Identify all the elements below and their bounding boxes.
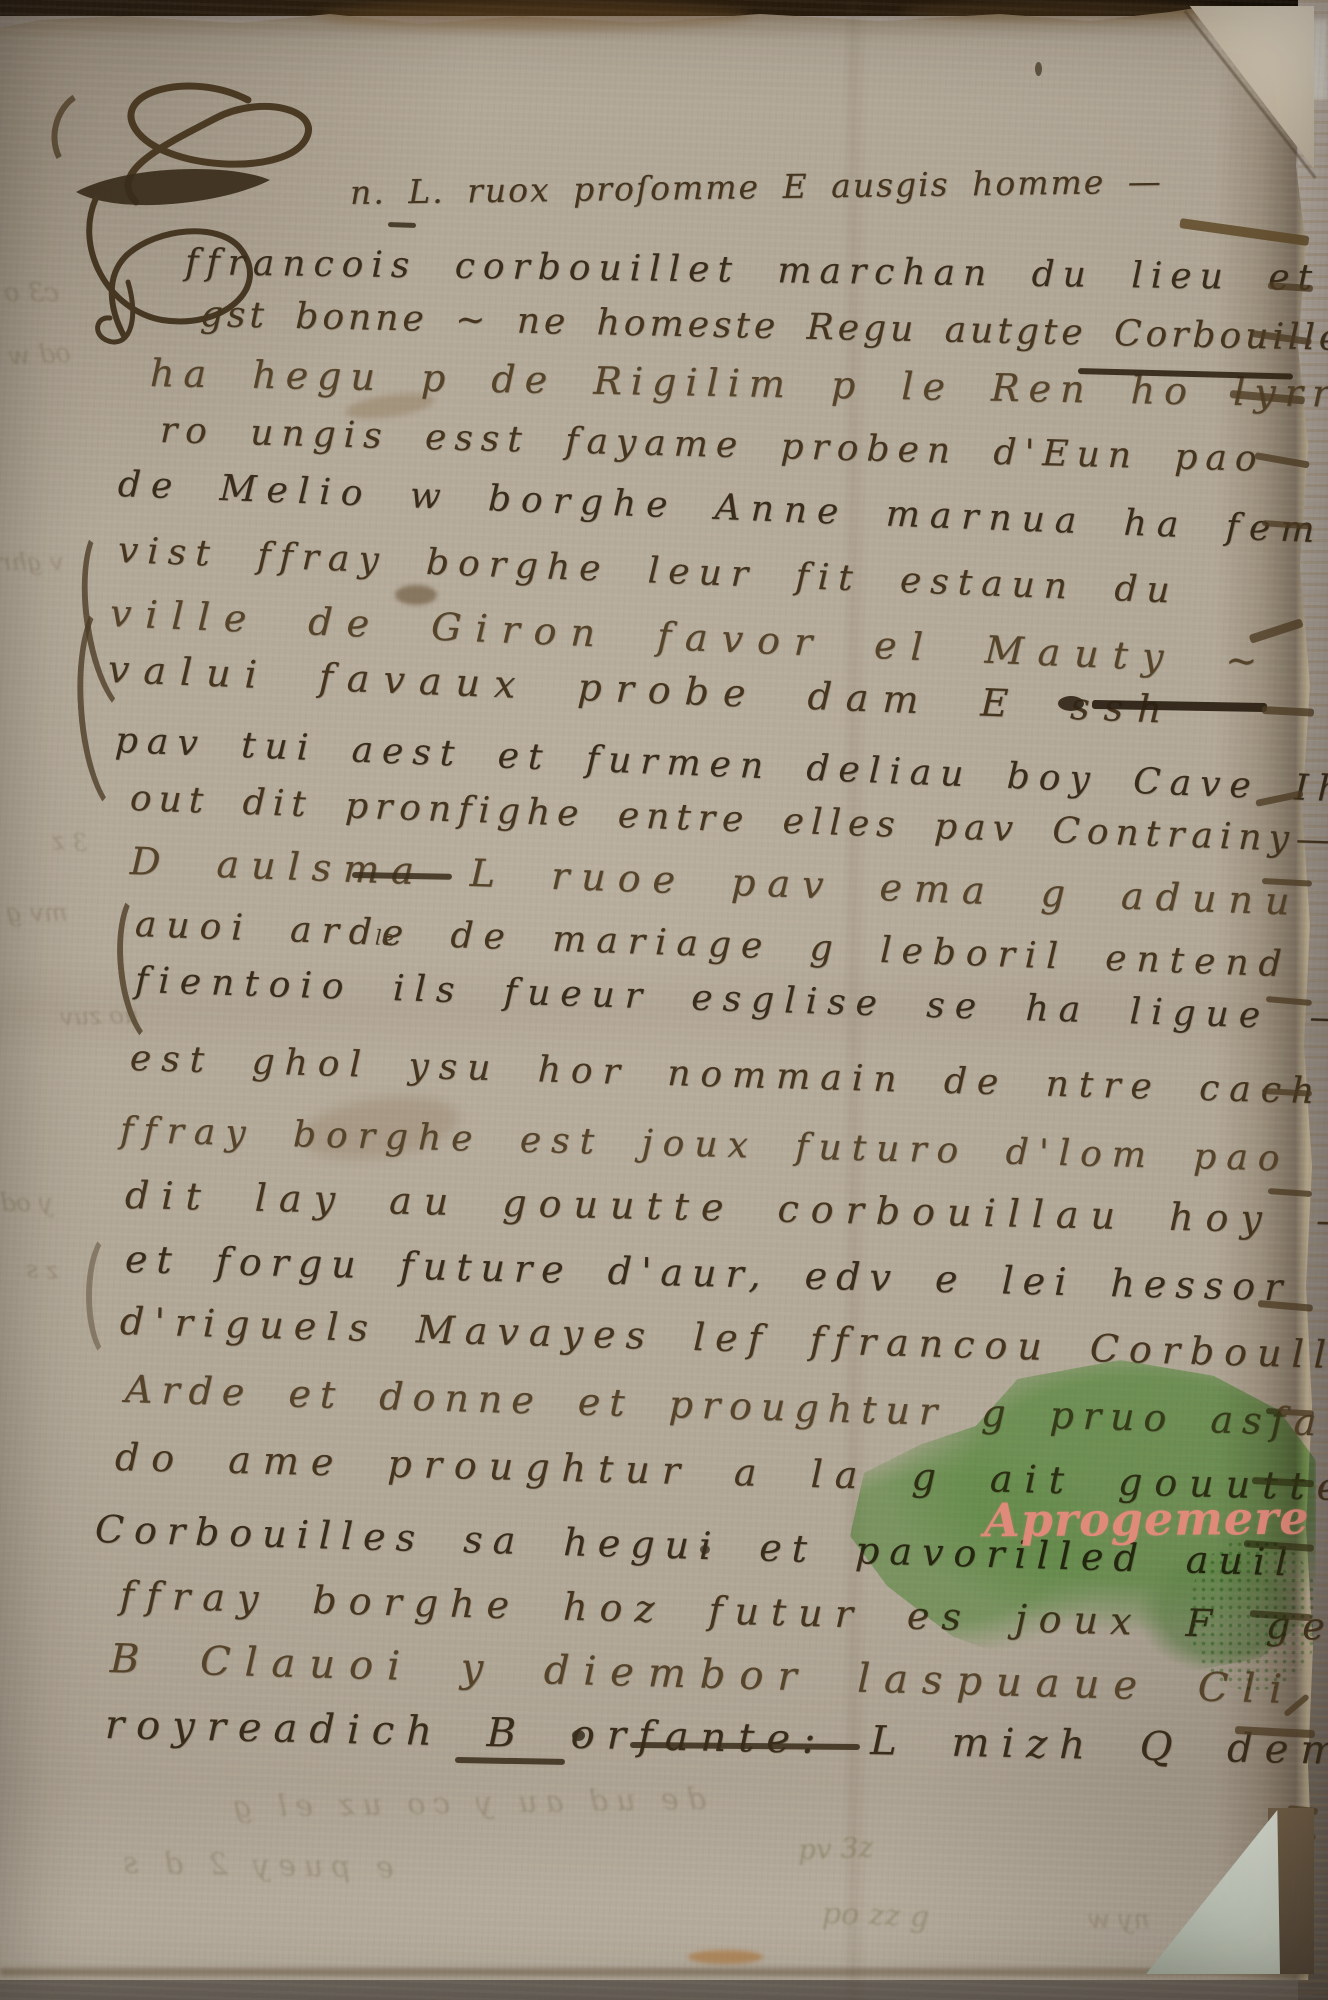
bleedthrough-text: po zz g [821,1896,929,1935]
bleedthrough-text: 3 z [51,827,88,857]
bleedthrough-text: pv 3z [797,1831,873,1867]
bleedthrough-text: y od [0,1188,53,1217]
green-speckles [1190,1540,1318,1690]
page-stack-highlight [1312,20,1328,100]
bleedthrough-text: od w [7,338,71,371]
ink-blob [1058,696,1084,711]
bleedthrough-text: z s [25,1255,59,1285]
bleedthrough-text: ny w [1088,1905,1150,1935]
bleedthrough-text: v ghr [0,548,63,576]
superscript-insertion: le [375,926,395,951]
bleedthrough-text: c3 o [4,278,59,308]
bleedthrough-text: mv g [6,898,68,927]
underline-stroke [388,222,416,228]
bleedthrough-text: e puey 2 d s [115,1846,394,1886]
backdrop-top-band [0,0,1328,16]
watermark-text: Aprogemere [984,1491,1310,1548]
manuscript-photo: c3 o od w v ghr 3 z mv g uo zuv y od z s… [0,0,1328,2000]
